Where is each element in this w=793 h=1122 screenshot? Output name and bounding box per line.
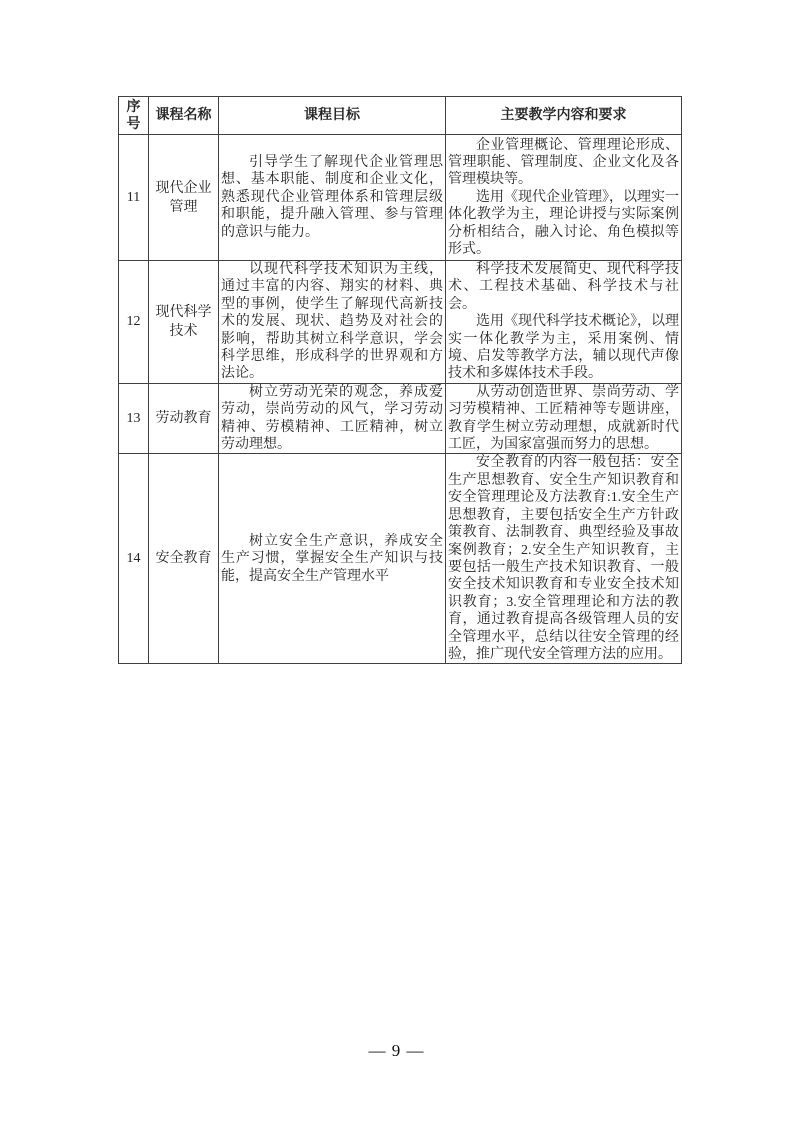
table-header-row: 序号 课程名称 课程目标 主要教学内容和要求 bbox=[119, 97, 682, 135]
page-number: — 9 — bbox=[0, 1041, 793, 1061]
content-paragraph: 安全教育的内容一般包括：安全生产思想教育、安全生产知识教育和安全管理理论及方法教… bbox=[448, 454, 679, 663]
table-row-14: 14 安全教育 树立安全生产意识，养成安全生产习惯，掌握安全生产知识与技能，提高… bbox=[119, 454, 682, 664]
objective-paragraph: 引导学生了解现代企业管理思想、基本职能、制度和企业文化，熟悉现代企业管理体系和管… bbox=[221, 154, 443, 241]
column-header-no: 序号 bbox=[119, 97, 149, 135]
objective-paragraph: 树立安全生产意识，养成安全生产习惯，掌握安全生产知识与技能，提高安全生产管理水平 bbox=[221, 533, 443, 585]
content-paragraph: 选用《现代企业管理》，以理实一体化教学为主，理论讲授与实际案例分析相结合，融入讨… bbox=[448, 189, 679, 259]
course-name: 劳动教育 bbox=[149, 383, 219, 454]
course-objective: 引导学生了解现代企业管理思想、基本职能、制度和企业文化，熟悉现代企业管理体系和管… bbox=[219, 135, 446, 261]
course-content: 从劳动创造世界、崇尚劳动、学习劳模精神、工匠精神等专题讲座，教育学生树立劳动理想… bbox=[446, 383, 682, 454]
objective-paragraph: 树立劳动光荣的观念，养成爱劳动，崇尚劳动的风气，学习劳动精神、劳模精神、工匠精神… bbox=[221, 384, 443, 454]
column-header-objective: 课程目标 bbox=[219, 97, 446, 135]
course-no: 12 bbox=[119, 261, 149, 384]
course-name: 现代科学技术 bbox=[149, 261, 219, 384]
course-no: 13 bbox=[119, 383, 149, 454]
course-name: 现代企业管理 bbox=[149, 135, 219, 261]
course-objective: 以现代科学技术知识为主线，通过丰富的内容、翔实的材料、典型的事例，使学生了解现代… bbox=[219, 261, 446, 384]
content-paragraph: 科学技术发展简史、现代科学技术、工程技术基础、科学技术与社会。 bbox=[448, 261, 679, 313]
document-page: 序号 课程名称 课程目标 主要教学内容和要求 11 现代企业管理 引导学生了解现… bbox=[0, 0, 793, 1122]
course-content: 安全教育的内容一般包括：安全生产思想教育、安全生产知识教育和安全管理理论及方法教… bbox=[446, 454, 682, 664]
column-header-content: 主要教学内容和要求 bbox=[446, 97, 682, 135]
course-objective: 树立安全生产意识，养成安全生产习惯，掌握安全生产知识与技能，提高安全生产管理水平 bbox=[219, 454, 446, 664]
course-content: 企业管理概论、管理理论形成、管理职能、管理制度、企业文化及各管理模块等。 选用《… bbox=[446, 135, 682, 261]
course-table: 序号 课程名称 课程目标 主要教学内容和要求 11 现代企业管理 引导学生了解现… bbox=[118, 96, 682, 664]
course-no: 14 bbox=[119, 454, 149, 664]
course-content: 科学技术发展简史、现代科学技术、工程技术基础、科学技术与社会。 选用《现代科学技… bbox=[446, 261, 682, 384]
column-header-course-name: 课程名称 bbox=[149, 97, 219, 135]
course-no: 11 bbox=[119, 135, 149, 261]
content-paragraph: 企业管理概论、管理理论形成、管理职能、管理制度、企业文化及各管理模块等。 bbox=[448, 137, 679, 189]
content-paragraph: 从劳动创造世界、崇尚劳动、学习劳模精神、工匠精神等专题讲座，教育学生树立劳动理想… bbox=[448, 384, 679, 454]
course-objective: 树立劳动光荣的观念，养成爱劳动，崇尚劳动的风气，学习劳动精神、劳模精神、工匠精神… bbox=[219, 383, 446, 454]
course-name: 安全教育 bbox=[149, 454, 219, 664]
content-paragraph: 选用《现代科学技术概论》，以理实一体化教学为主，采用案例、情境、启发等教学方法，… bbox=[448, 313, 679, 383]
table-row-11: 11 现代企业管理 引导学生了解现代企业管理思想、基本职能、制度和企业文化，熟悉… bbox=[119, 135, 682, 261]
table-row-13: 13 劳动教育 树立劳动光荣的观念，养成爱劳动，崇尚劳动的风气，学习劳动精神、劳… bbox=[119, 383, 682, 454]
objective-paragraph: 以现代科学技术知识为主线，通过丰富的内容、翔实的材料、典型的事例，使学生了解现代… bbox=[221, 261, 443, 383]
table-row-12: 12 现代科学技术 以现代科学技术知识为主线，通过丰富的内容、翔实的材料、典型的… bbox=[119, 261, 682, 384]
